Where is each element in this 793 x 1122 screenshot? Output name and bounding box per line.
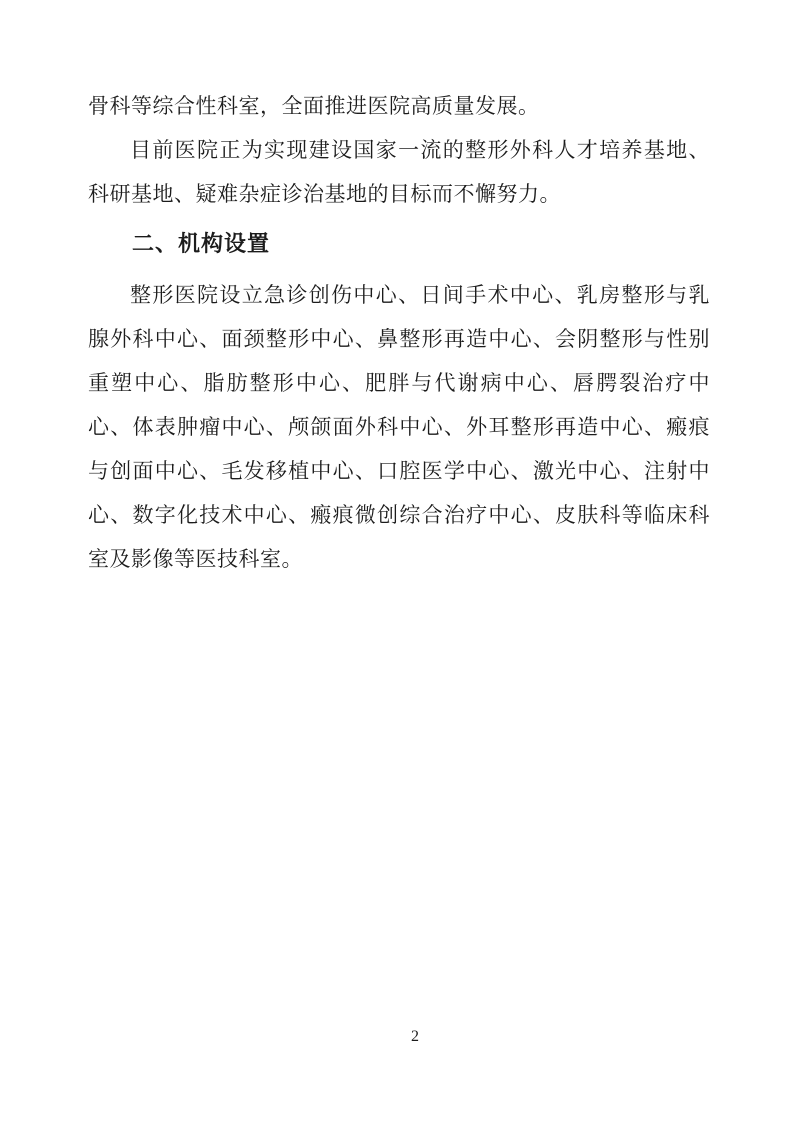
document-body: 骨科等综合性科室，全面推进医院高质量发展。 目前医院正为实现建设国家一流的整形外… xyxy=(88,84,710,581)
paragraph-goal: 目前医院正为实现建设国家一流的整形外科人才培养基地、科研基地、疑难杂症诊治基地的… xyxy=(88,128,710,216)
paragraph-continuation: 骨科等综合性科室，全面推进医院高质量发展。 xyxy=(88,84,710,128)
page-number: 2 xyxy=(411,1026,419,1048)
document-page: 骨科等综合性科室，全面推进医院高质量发展。 目前医院正为实现建设国家一流的整形外… xyxy=(0,0,793,1122)
paragraph-departments: 整形医院设立急诊创伤中心、日间手术中心、乳房整形与乳腺外科中心、面颈整形中心、鼻… xyxy=(88,273,710,581)
section-heading: 二、机构设置 xyxy=(88,224,710,264)
